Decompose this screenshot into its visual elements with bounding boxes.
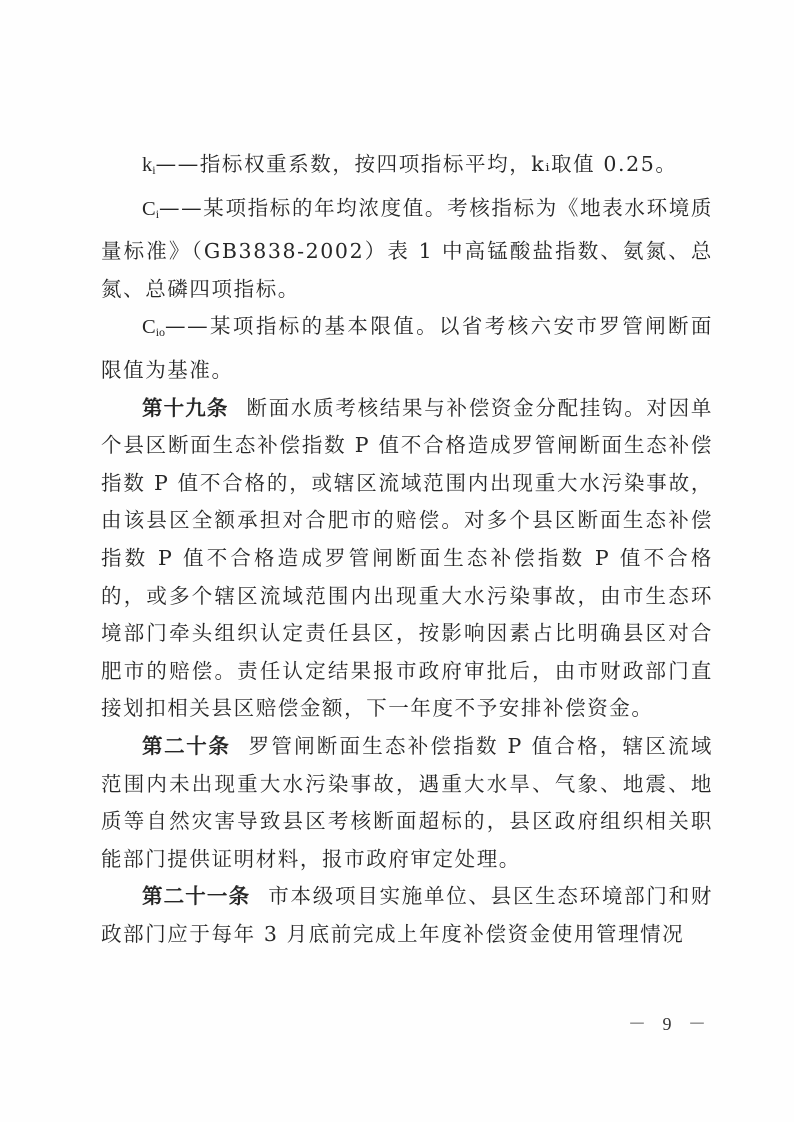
article-19: 第十九条断面水质考核结果与补偿资金分配挂钩。对因单个县区断面生态补偿指数 P 值… <box>101 390 713 728</box>
document-body: ki——指标权重系数，按四项指标平均，kᵢ取值 0.25。 Ci——某项指标的年… <box>101 146 713 953</box>
symbol-c: Ci <box>142 198 159 220</box>
article-number: 第十九条 <box>142 396 228 420</box>
definition-ci: Ci——某项指标的年均浓度值。考核指标为《地表水环境质量标准》（GB3838-2… <box>101 190 713 309</box>
symbol-letter: C <box>142 316 156 338</box>
article-20: 第二十条罗管闸断面生态补偿指数 P 值合格，辖区流域范围内未出现重大水污染事故，… <box>101 728 713 878</box>
document-page: ki——指标权重系数，按四项指标平均，kᵢ取值 0.25。 Ci——某项指标的年… <box>0 0 794 1122</box>
definition-text: ——某项指标的基本限值。以省考核六安市罗管闸断面限值为基准。 <box>101 314 713 382</box>
article-21: 第二十一条市本级项目实施单位、县区生态环境部门和财政部门应于每年 3 月底前完成… <box>101 878 713 953</box>
symbol-letter: C <box>142 198 156 220</box>
symbol-letter: k <box>142 154 152 176</box>
definition-ki: ki——指标权重系数，按四项指标平均，kᵢ取值 0.25。 <box>101 146 713 190</box>
definition-cio: Cio——某项指标的基本限值。以省考核六安市罗管闸断面限值为基准。 <box>101 308 713 389</box>
article-text: 断面水质考核结果与补偿资金分配挂钩。对因单个县区断面生态补偿指数 P 值不合格造… <box>101 396 713 721</box>
symbol-k: ki <box>142 154 156 176</box>
definition-text: ——某项指标的年均浓度值。考核指标为《地表水环境质量标准》（GB3838-200… <box>101 196 713 301</box>
definition-text: ——指标权重系数，按四项指标平均，kᵢ取值 0.25。 <box>156 152 678 176</box>
symbol-subscript: io <box>156 325 165 339</box>
article-number: 第二十一条 <box>142 884 250 908</box>
article-number: 第二十条 <box>142 734 231 758</box>
symbol-c0: Cio <box>142 316 165 338</box>
page-number: － 9 － <box>628 1010 712 1036</box>
